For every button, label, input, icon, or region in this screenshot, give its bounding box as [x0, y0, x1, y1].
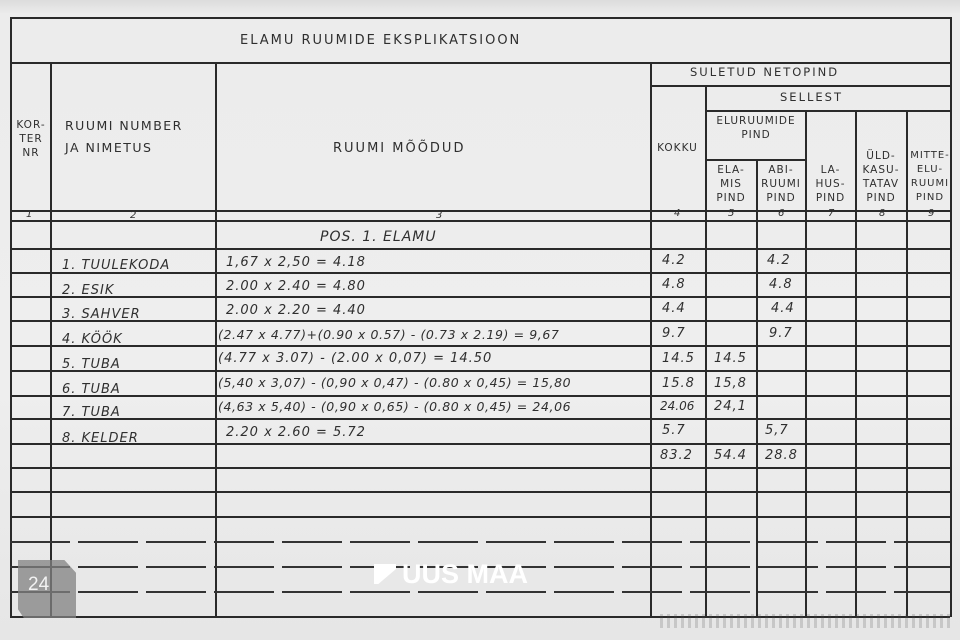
header-eluruumide-pind: ELURUUMIDE PIND — [706, 114, 806, 142]
room-name: 3. SAHVER — [62, 307, 141, 322]
table-right-border — [950, 17, 952, 617]
room-kokku: 15.8 — [662, 376, 695, 391]
total-kokku: 83.2 — [660, 448, 693, 463]
colnum-4: 4 — [674, 208, 681, 219]
colnum-bottom-line — [10, 220, 950, 222]
room-measurements: (4.77 x 3.07) - (2.00 x 0,07) = 14.50 — [218, 351, 492, 366]
colnum-3: 3 — [436, 210, 443, 221]
watermark: UUS MAA — [374, 560, 528, 588]
row-line — [10, 320, 950, 322]
colnum-top-line — [10, 210, 950, 212]
row-line — [10, 516, 950, 518]
col-divider-1 — [50, 62, 52, 617]
eluruumide-divider — [705, 159, 805, 161]
header-elamis-pind: ELA- MIS PIND — [706, 163, 756, 205]
row-line — [10, 541, 950, 543]
table-top-border — [10, 17, 950, 19]
colnum-1: 1 — [26, 209, 33, 220]
row-line — [10, 395, 950, 397]
room-kokku: 14.5 — [662, 351, 695, 366]
room-elamis: 24,1 — [714, 399, 747, 414]
col-divider-2 — [215, 62, 217, 617]
room-measurements: 1,67 x 2,50 = 4.18 — [226, 255, 366, 270]
row-line — [10, 296, 950, 298]
room-name: 7. TUBA — [62, 405, 121, 420]
room-elamis: 15,8 — [714, 376, 747, 391]
room-measurements: 2.00 x 2.20 = 4.40 — [226, 303, 366, 318]
row-line — [10, 591, 950, 593]
room-kokku: 4.2 — [662, 253, 686, 268]
room-name: 4. KÖÖK — [62, 332, 123, 347]
room-measurements: (2.47 x 4.77)+(0.90 x 0.57) - (0.73 x 2.… — [218, 327, 559, 342]
section-title: POS. 1. ELAMU — [320, 229, 437, 245]
room-name: 5. TUBA — [62, 357, 121, 372]
room-elamis: 14.5 — [714, 351, 747, 366]
room-measurements: (4,63 x 5,40) - (0,90 x 0,65) - (0.80 x … — [218, 399, 571, 414]
page-number-badge: 24 — [18, 560, 76, 618]
header-mitteeluruumi-pind: MITTE- ELU- RUUMI PIND — [907, 149, 953, 205]
header-korter-nr: KOR- TER NR — [12, 118, 50, 160]
room-name: 2. ESIK — [62, 283, 114, 298]
scan-smudge — [660, 614, 950, 628]
row-line — [10, 491, 950, 493]
colnum-7: 7 — [828, 208, 835, 219]
room-kokku: 4.4 — [662, 301, 686, 316]
total-elamis: 54.4 — [714, 448, 747, 463]
colnum-9: 9 — [928, 208, 935, 219]
sellest-divider — [705, 110, 950, 112]
header-lahus-pind: LA- HUS- PIND — [806, 163, 855, 205]
header-sellest: SELLEST — [780, 90, 843, 104]
row-line — [10, 345, 950, 347]
room-kokku: 4.8 — [662, 277, 686, 292]
table-left-border — [10, 17, 12, 617]
row-line — [10, 443, 950, 445]
room-kokku: 5.7 — [662, 423, 686, 438]
watermark-text: UUS MAA — [402, 559, 528, 590]
watermark-logo-icon — [374, 564, 396, 584]
room-name: 1. TUULEKODA — [62, 258, 170, 273]
header-kokku: KOKKU — [650, 141, 705, 155]
row-line — [10, 467, 950, 469]
row-line — [10, 418, 950, 420]
row-line — [10, 248, 950, 250]
row-line — [10, 370, 950, 372]
title-divider — [10, 62, 950, 64]
room-name: 6. TUBA — [62, 382, 121, 397]
room-abiruumi: 9.7 — [769, 326, 793, 341]
page-number: 24 — [28, 574, 49, 596]
colnum-6: 6 — [778, 208, 785, 219]
document-page: ELAMU RUUMIDE EKSPLIKATSIOON KOR- TER NR… — [0, 0, 960, 640]
colnum-8: 8 — [879, 208, 886, 219]
header-ruumi-mooodud: RUUMI MÕÕDUD — [333, 141, 465, 156]
room-kokku: 9.7 — [662, 326, 686, 341]
room-name: 8. KELDER — [62, 431, 139, 446]
room-kokku: 24.06 — [660, 399, 694, 413]
document-title: ELAMU RUUMIDE EKSPLIKATSIOON — [240, 33, 521, 48]
room-abiruumi: 4.4 — [771, 301, 795, 316]
header-abiruumi-pind: ABI- RUUMI PIND — [757, 163, 805, 205]
room-abiruumi: 5,7 — [765, 423, 789, 438]
header-suletud-netopind: SULETUD NETOPIND — [690, 65, 839, 79]
colnum-2: 2 — [130, 210, 137, 221]
header-uldkasutatav-pind: ÜLD- KASU- TATAV PIND — [856, 149, 906, 205]
colnum-5: 5 — [728, 208, 735, 219]
header-ruumi-number: RUUMI NUMBER JA NIMETUS — [65, 115, 183, 159]
netopind-divider — [650, 85, 950, 87]
room-measurements: (5,40 x 3,07) - (0,90 x 0,47) - (0.80 x … — [218, 375, 571, 390]
total-abiruumi: 28.8 — [765, 448, 798, 463]
room-measurements: 2.00 x 2.40 = 4.80 — [226, 279, 366, 294]
room-abiruumi: 4.8 — [769, 277, 793, 292]
room-abiruumi: 4.2 — [767, 253, 791, 268]
col-divider-5 — [756, 160, 758, 617]
room-measurements: 2.20 x 2.60 = 5.72 — [226, 425, 366, 440]
